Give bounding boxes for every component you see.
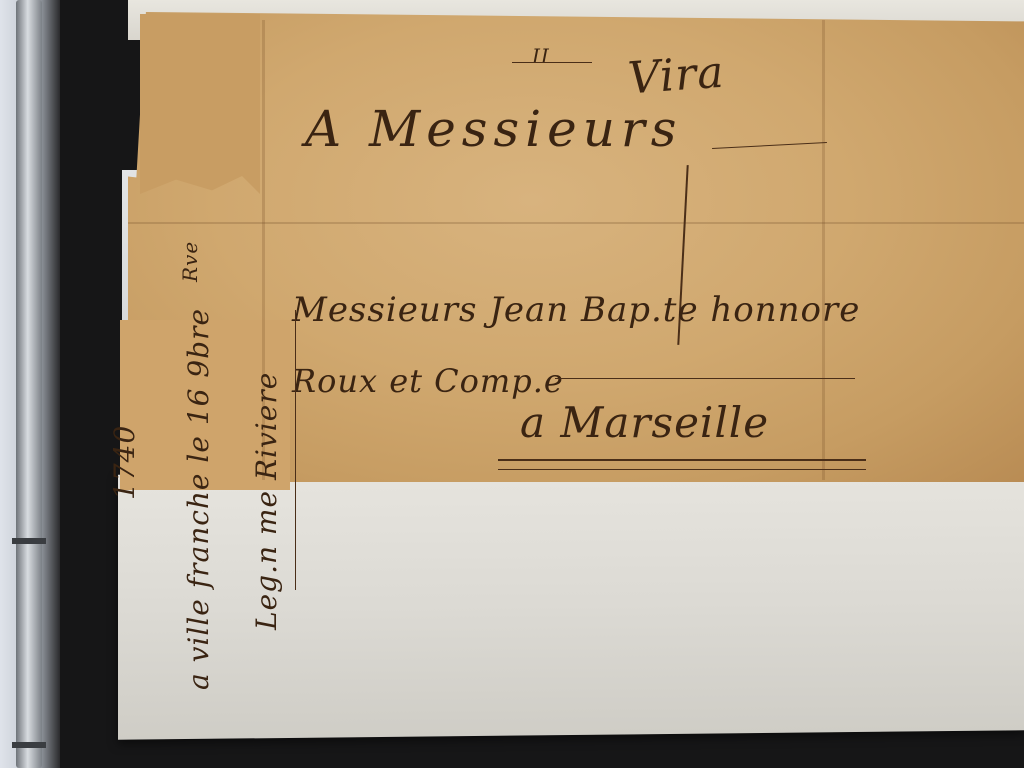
- docket-year: 1740: [108, 425, 141, 500]
- rule: [498, 469, 866, 470]
- docket-line-1: a ville franche le 16 9bre: [182, 308, 215, 690]
- docket-corner: Rve: [178, 241, 202, 282]
- address-endorsement: Vira: [626, 47, 726, 105]
- binder-joint: [12, 742, 46, 748]
- torn-corner: [140, 14, 260, 194]
- rule: [498, 459, 866, 461]
- margin-rule: [295, 310, 296, 590]
- docket-line-2: Leg.n me Riviere: [250, 372, 283, 630]
- binder-joint: [12, 538, 46, 544]
- binder-rail: [16, 0, 42, 768]
- address-line-3: a Marseille: [520, 398, 769, 447]
- address-line-1: Messieurs Jean Bap.te honnore: [292, 290, 860, 330]
- address-salutation: A Messieurs: [305, 100, 682, 158]
- fold-line: [822, 20, 825, 480]
- fold-line-horizontal: [128, 222, 1024, 224]
- address-line-2: Roux et Comp.e: [292, 362, 564, 400]
- address-mark: II: [532, 44, 550, 68]
- rule: [555, 378, 855, 379]
- rule: [512, 62, 592, 63]
